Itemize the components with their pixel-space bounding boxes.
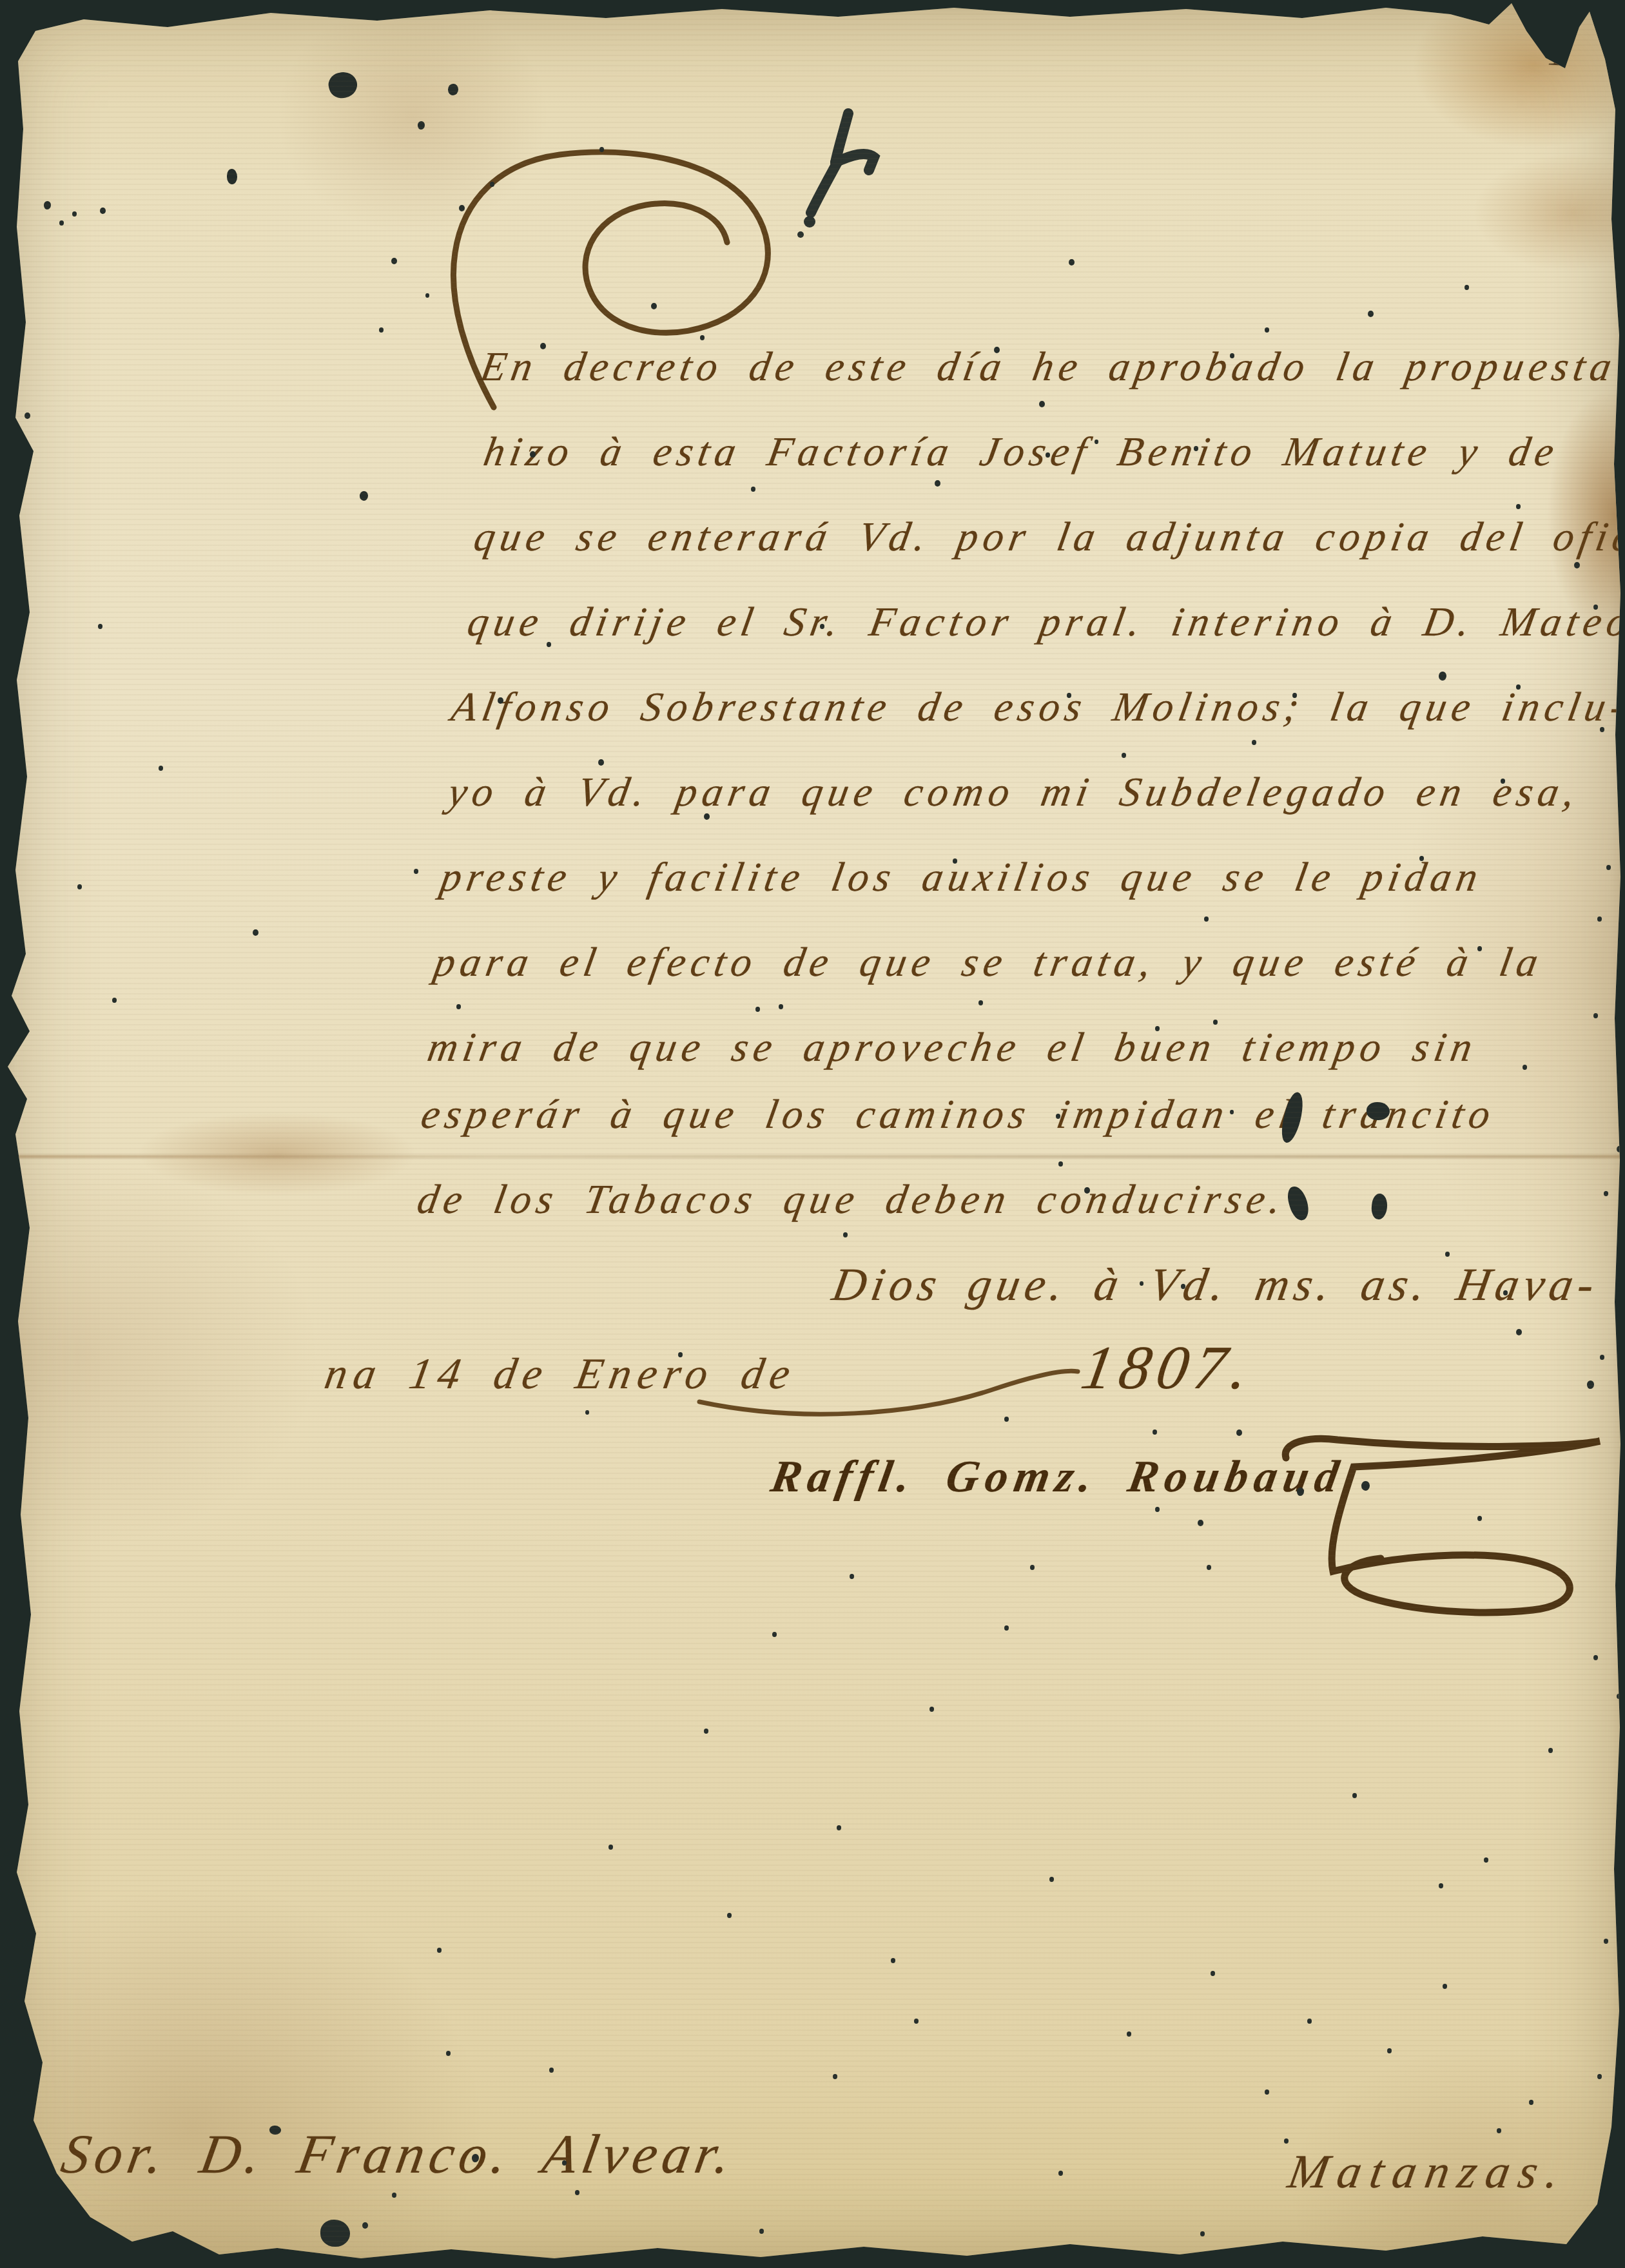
date-line: na 14 de Enero de [321, 1348, 801, 1399]
fold-crease [0, 1155, 1625, 1158]
valediction-line: Dios gue. à Vd. ms. as. Hava- [828, 1258, 1604, 1312]
year-value: 1807. [1076, 1332, 1261, 1403]
opening-flourish [453, 152, 768, 407]
letter-line: que dirije el Sr. Factor pral. interino … [464, 598, 1625, 646]
letter-line: Alfonso Sobrestante de esos Molinos; la … [448, 683, 1625, 731]
date-swash [699, 1371, 1078, 1414]
letter-line: esperár à que los caminos impidan el tra… [418, 1090, 1499, 1138]
recipient-line: Sor. D. Franco. Alvear. [57, 2122, 741, 2186]
letter-line: yo à Vd. para que como mi Subdelegado en… [445, 768, 1584, 816]
letter-line: de los Tabacos que deben conducirse. [414, 1176, 1290, 1223]
letter-line: para el efecto de que se trata, y que es… [431, 938, 1547, 986]
manuscript-scan: 1 En decreto de este día he aprobado la … [0, 0, 1625, 2268]
letter-line: En decreto de este día he aprobado la pr… [477, 343, 1625, 391]
page-number: 1 [1547, 33, 1567, 74]
letter-line: hizo à esta Factoría Josef Benito Matute… [480, 428, 1562, 476]
destination-line: Matanzas. [1284, 2145, 1572, 2200]
letter-sheet: 1 En decreto de este día he aprobado la … [0, 0, 1625, 2268]
letter-line: que se enterará Vd. por la adjunta copia… [471, 513, 1625, 561]
letter-line: mira de que se aproveche el buen tiempo … [424, 1023, 1481, 1071]
letter-line: preste y facilite los auxilios que se le… [437, 853, 1486, 901]
ink-cross-mark [797, 113, 874, 238]
signature-rubric [1285, 1439, 1600, 1613]
signature-name: Raffl. Gomz. Roubaud [767, 1451, 1348, 1503]
